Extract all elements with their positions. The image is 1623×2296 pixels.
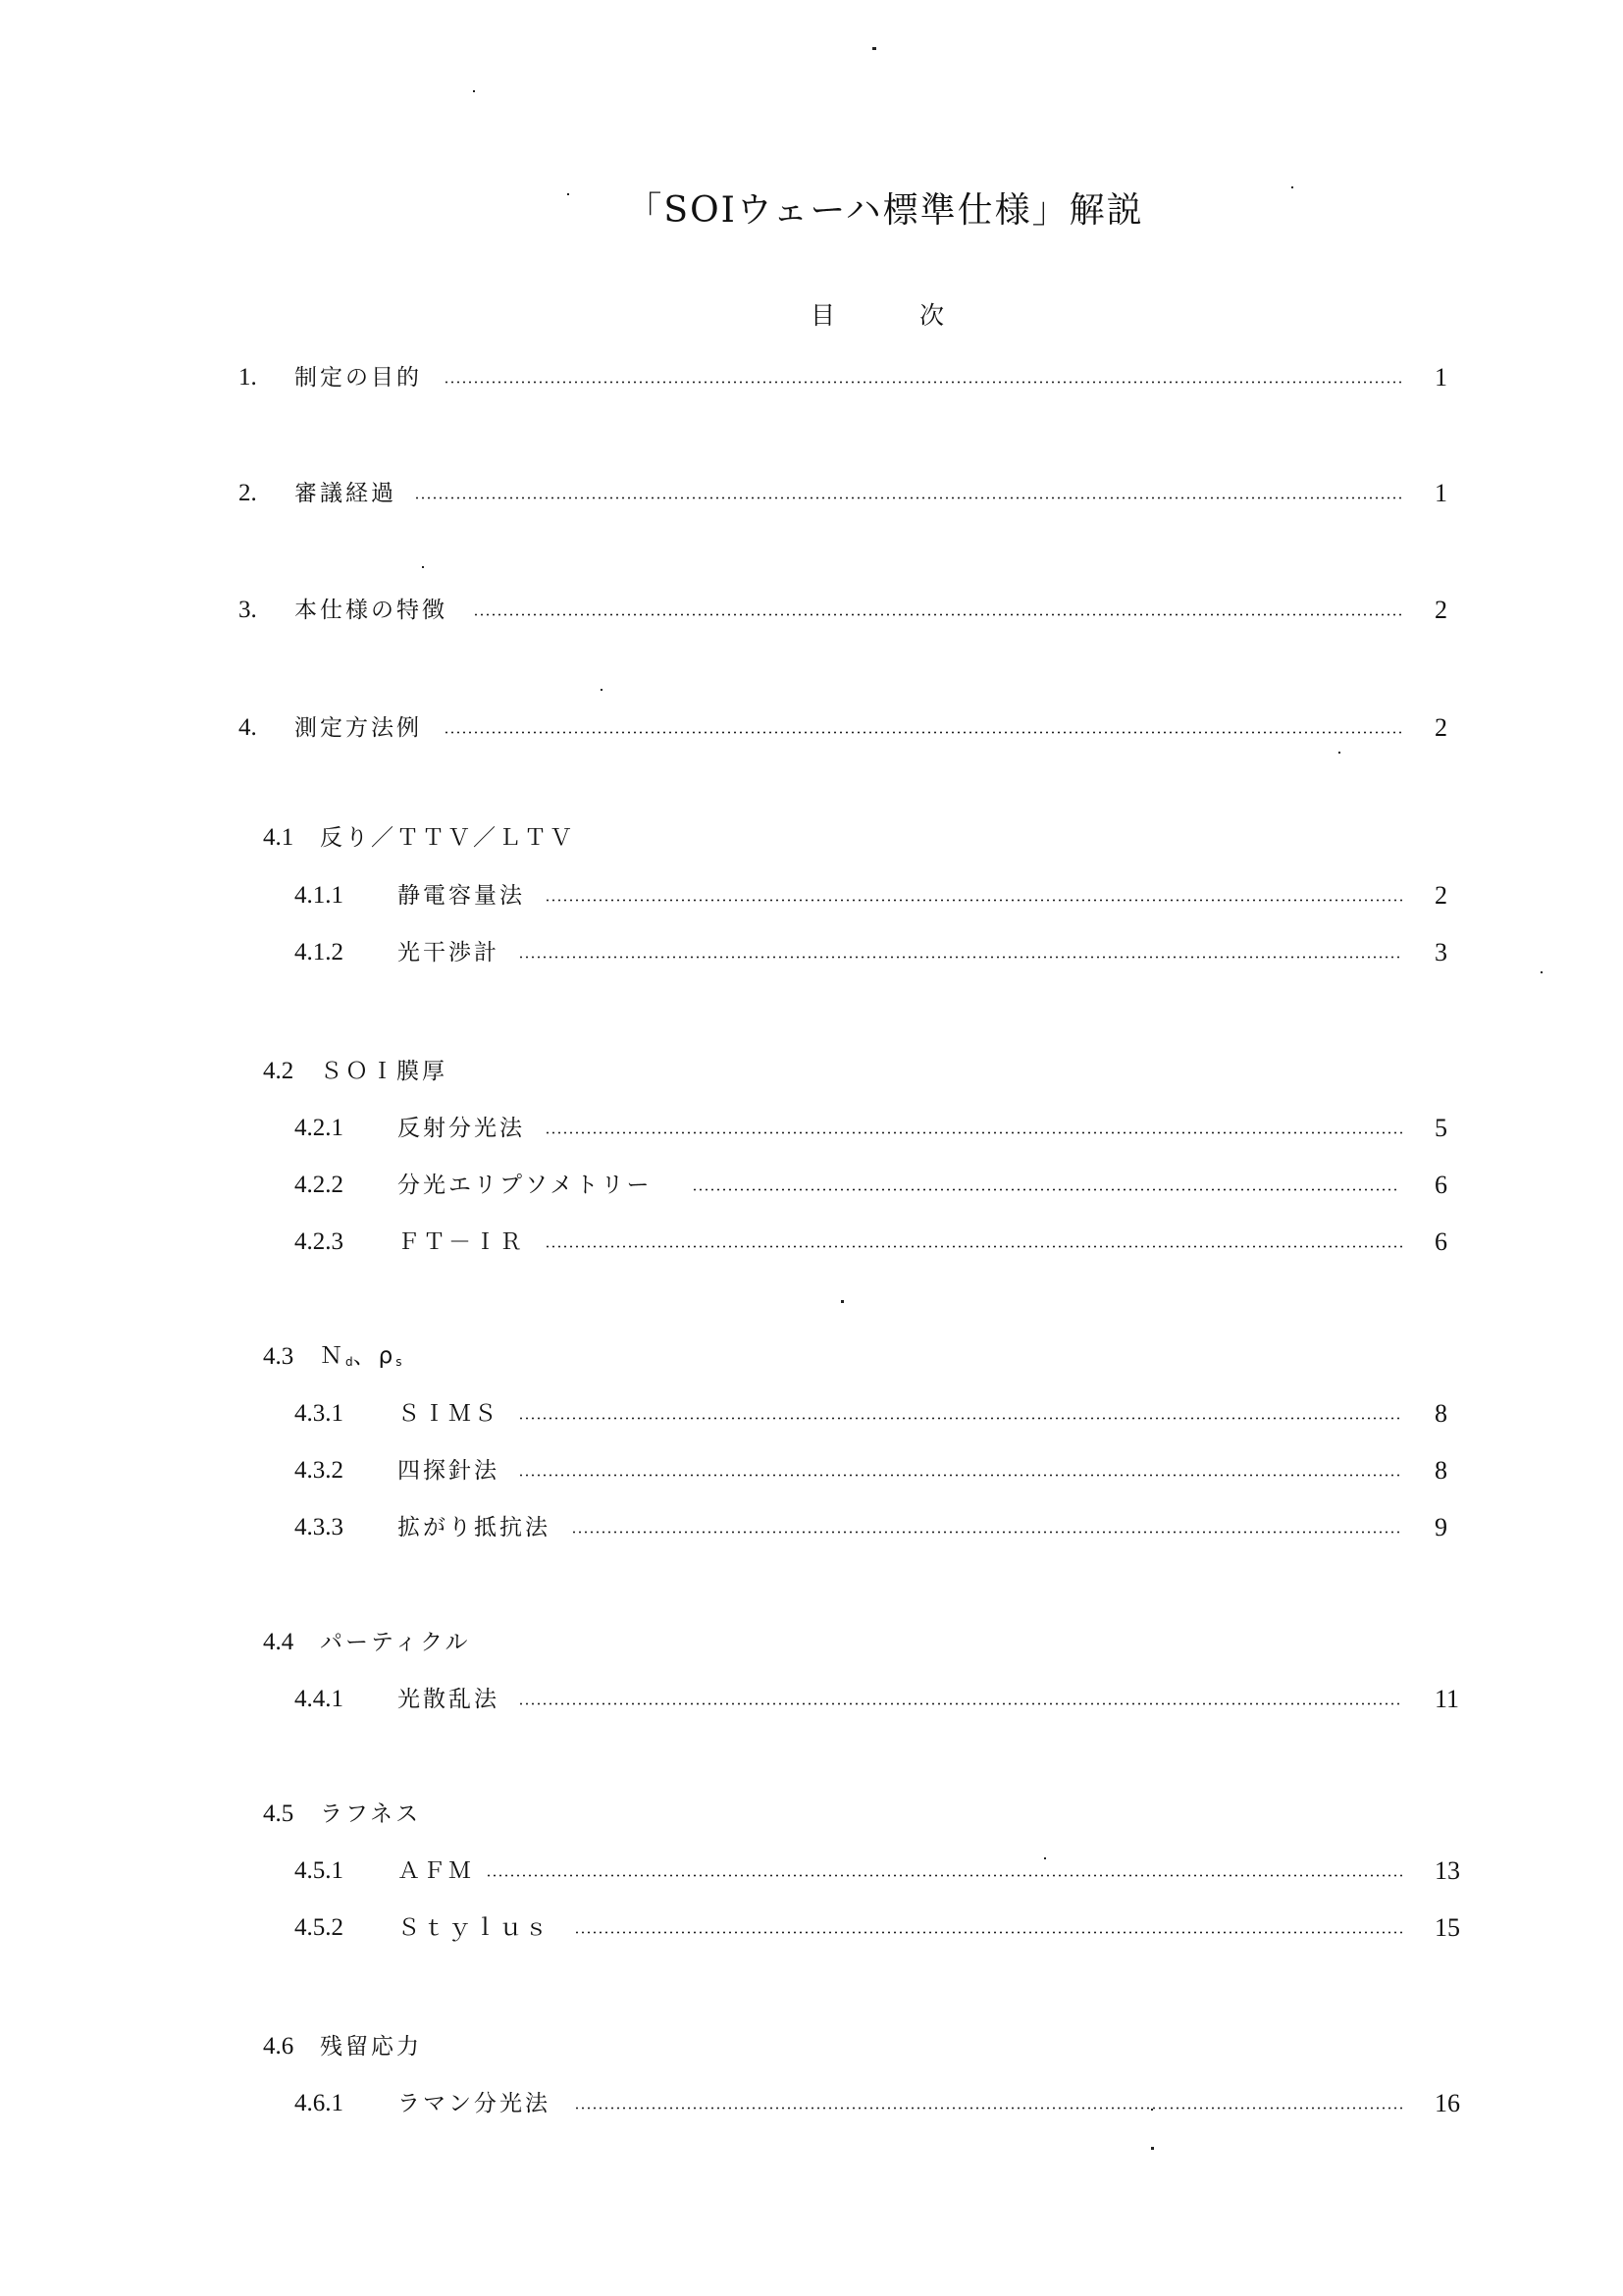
toc-entry-4-2-2[interactable]: 4.2.2 分光エリプソメトリー 6 [0, 1166, 1623, 1205]
toc-entry-4-3-1[interactable]: 4.3.1 ＳＩＭＳ 8 [0, 1394, 1623, 1434]
dot-leader [574, 2107, 1403, 2110]
dot-leader [518, 1474, 1403, 1477]
dot-leader [518, 1702, 1403, 1705]
toc-entry-page: 11 [1435, 1680, 1459, 1719]
toc-entry-number: 4.4 [263, 1623, 293, 1662]
scan-speck [1541, 971, 1543, 973]
toc-entry-page: 9 [1435, 1508, 1447, 1547]
toc-entry-label: ＡＦＭ [397, 1852, 474, 1891]
toc-section-4-2[interactable]: 4.2 ＳＯＩ膜厚 [0, 1052, 1623, 1091]
toc-entry-page: 1 [1435, 358, 1447, 397]
toc-entry-label: ラフネス [320, 1795, 421, 1834]
toc-entry-number: 4. [238, 708, 257, 748]
toc-entry-number: 4.4.1 [294, 1680, 343, 1719]
toc-entry-label: ＳＩＭＳ [397, 1394, 499, 1434]
toc-entry-label: 反射分光法 [397, 1109, 525, 1148]
scan-speck [1044, 1857, 1046, 1859]
toc-entry-label: 制定の目的 [294, 358, 422, 397]
toc-entry-page: 13 [1435, 1852, 1460, 1891]
subscript-d: d [345, 1355, 353, 1369]
toc-entry-page: 3 [1435, 933, 1447, 972]
toc-entry-page: 8 [1435, 1451, 1447, 1490]
dot-leader [473, 613, 1403, 616]
dot-leader [545, 1245, 1403, 1248]
scan-speck [872, 47, 876, 50]
toc-entry-number: 4.5.2 [294, 1908, 343, 1948]
toc-entry-4-6-1[interactable]: 4.6.1 ラマン分光法 16 [0, 2084, 1623, 2123]
toc-entry-label: Ｎd、ρs [320, 1336, 402, 1379]
toc-entry-number: 2. [238, 474, 257, 513]
toc-entry-number: 4.2 [263, 1052, 293, 1091]
toc-entry-2[interactable]: 2. 審議経過 1 [0, 474, 1623, 513]
toc-entry-page: 2 [1435, 708, 1447, 748]
toc-entry-number: 1. [238, 358, 257, 397]
dot-leader [545, 899, 1403, 902]
toc-entry-label: ＳＯＩ膜厚 [320, 1052, 447, 1091]
toc-entry-number: 4.5 [263, 1795, 293, 1834]
toc-section-4-4[interactable]: 4.4 パーティクル [0, 1623, 1623, 1662]
toc-entry-number: 4.1.2 [294, 933, 343, 972]
document-page: 「SOIウェーハ標準仕様」解説 目次 1. 制定の目的 1 2. 審議経過 1 … [0, 0, 1623, 2296]
scan-speck [567, 193, 569, 195]
dot-leader [444, 381, 1403, 384]
dot-leader [571, 1531, 1403, 1534]
toc-entry-label: 本仕様の特徴 [294, 591, 447, 630]
toc-entry-4-2-1[interactable]: 4.2.1 反射分光法 5 [0, 1109, 1623, 1148]
toc-entry-1[interactable]: 1. 制定の目的 1 [0, 358, 1623, 397]
toc-entry-3[interactable]: 3. 本仕様の特徴 2 [0, 591, 1623, 630]
toc-entry-label: 光散乱法 [397, 1680, 499, 1719]
symbol-rho: 、ρ [353, 1343, 396, 1369]
scan-speck [473, 90, 475, 92]
toc-entry-number: 4.1.1 [294, 876, 343, 915]
document-title: 「SOIウェーハ標準仕様」解説 [0, 186, 1623, 235]
toc-section-4-3[interactable]: 4.3 Ｎd、ρs [0, 1337, 1623, 1377]
toc-entry-page: 16 [1435, 2084, 1460, 2123]
toc-entry-number: 4.2.3 [294, 1223, 343, 1262]
dot-leader [414, 496, 1403, 499]
toc-entry-page: 6 [1435, 1166, 1447, 1205]
toc-entry-label: Ｓｔｙｌｕｓ [397, 1908, 550, 1948]
toc-entry-page: 1 [1435, 474, 1447, 513]
toc-section-4-5[interactable]: 4.5 ラフネス [0, 1795, 1623, 1834]
toc-entry-4[interactable]: 4. 測定方法例 2 [0, 708, 1623, 748]
toc-entry-4-1-1[interactable]: 4.1.1 静電容量法 2 [0, 876, 1623, 915]
dot-leader [692, 1188, 1398, 1191]
toc-entry-number: 4.3.1 [294, 1394, 343, 1434]
toc-entry-number: 4.3.3 [294, 1508, 343, 1547]
toc-entry-number: 4.2.1 [294, 1109, 343, 1148]
scan-speck [841, 1300, 844, 1303]
scan-speck [601, 689, 602, 691]
dot-leader [444, 731, 1403, 734]
toc-entry-label: ラマン分光法 [397, 2084, 550, 2123]
toc-entry-label: パーティクル [320, 1623, 470, 1662]
toc-entry-label: 光干渉計 [397, 933, 499, 972]
toc-entry-number: 4.6 [263, 2027, 293, 2066]
toc-entry-page: 6 [1435, 1223, 1447, 1262]
toc-entry-4-5-1[interactable]: 4.5.1 ＡＦＭ 13 [0, 1852, 1623, 1891]
toc-entry-label: 拡がり抵抗法 [397, 1508, 550, 1547]
toc-heading: 目次 [811, 296, 944, 336]
toc-entry-label: 四探針法 [397, 1451, 499, 1490]
toc-entry-label: ＦＴ－ＩＲ [397, 1223, 525, 1262]
toc-entry-label: 反り／ＴＴＶ／ＬＴＶ [320, 818, 575, 858]
scan-speck [422, 566, 424, 568]
dot-leader [518, 1417, 1403, 1420]
toc-entry-number: 4.5.1 [294, 1852, 343, 1891]
dot-leader [574, 1931, 1403, 1934]
toc-entry-page: 15 [1435, 1908, 1460, 1948]
toc-entry-number: 4.6.1 [294, 2084, 343, 2123]
toc-entry-page: 2 [1435, 591, 1447, 630]
symbol-n: Ｎ [320, 1343, 345, 1369]
toc-entry-label: 測定方法例 [294, 708, 422, 748]
toc-entry-number: 4.2.2 [294, 1166, 343, 1205]
scan-speck [1291, 186, 1293, 188]
toc-section-4-1[interactable]: 4.1 反り／ＴＴＶ／ＬＴＶ [0, 818, 1623, 858]
toc-entry-number: 3. [238, 591, 257, 630]
toc-section-4-6[interactable]: 4.6 残留応力 [0, 2027, 1623, 2066]
dot-leader [545, 1131, 1403, 1134]
scan-speck [1338, 752, 1340, 754]
toc-entry-4-3-2[interactable]: 4.3.2 四探針法 8 [0, 1451, 1623, 1490]
toc-entry-4-3-3[interactable]: 4.3.3 拡がり抵抗法 9 [0, 1508, 1623, 1547]
scan-speck [1151, 2147, 1154, 2150]
toc-entry-label: 静電容量法 [397, 876, 525, 915]
toc-entry-number: 4.3 [263, 1337, 293, 1377]
toc-entry-number: 4.3.2 [294, 1451, 343, 1490]
toc-entry-page: 5 [1435, 1109, 1447, 1148]
toc-entry-label: 審議経過 [294, 474, 396, 513]
toc-entry-4-2-3[interactable]: 4.2.3 ＦＴ－ＩＲ 6 [0, 1223, 1623, 1262]
subscript-s: s [395, 1355, 401, 1369]
toc-entry-4-5-2[interactable]: 4.5.2 Ｓｔｙｌｕｓ 15 [0, 1908, 1623, 1948]
toc-heading-char-1: 目 [811, 296, 835, 336]
toc-entry-number: 4.1 [263, 818, 293, 858]
scan-speck [1151, 2109, 1153, 2111]
dot-leader [518, 956, 1403, 959]
toc-entry-label: 分光エリプソメトリー [397, 1166, 653, 1205]
toc-entry-page: 2 [1435, 876, 1447, 915]
toc-entry-label: 残留応力 [320, 2027, 422, 2066]
toc-entry-page: 8 [1435, 1394, 1447, 1434]
toc-entry-4-1-2[interactable]: 4.1.2 光干渉計 3 [0, 933, 1623, 972]
dot-leader [486, 1874, 1403, 1877]
toc-heading-char-2: 次 [919, 296, 944, 336]
toc-entry-4-4-1[interactable]: 4.4.1 光散乱法 11 [0, 1680, 1623, 1719]
